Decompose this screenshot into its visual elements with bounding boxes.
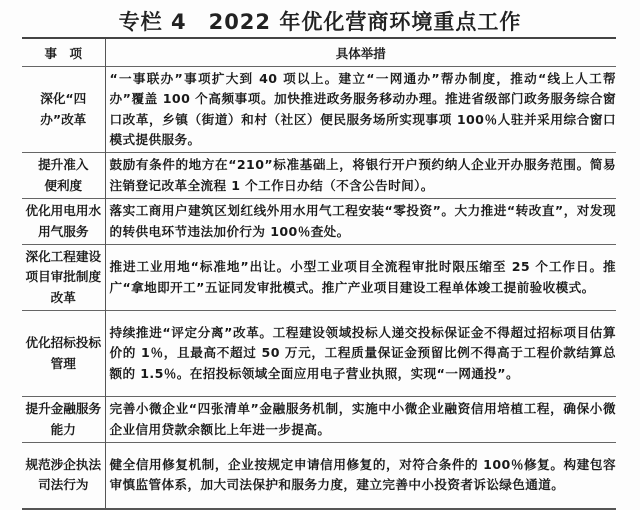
row-measures: 完善小微企业“四张清单”金融服务机制，实施中小微企业融资信用培植工程，确保小微企… <box>105 397 616 443</box>
table-row: 提升金融服务能力 完善小微企业“四张清单”金融服务机制，实施中小微企业融资信用培… <box>22 397 616 443</box>
row-measures: 鼓励有条件的地方在“210”标准基础上，将银行开户预约纳人企业开办服务范围。简易… <box>105 153 616 199</box>
table-header-row: 事 项 具体举措 <box>22 38 616 67</box>
table-row: 优化招标投标管理 持续推进“评定分离”改革。工程建设领域投标人递交投标保证金不得… <box>22 311 616 397</box>
table-row: 优化用电用水用气服务 落实工商用户建筑区划红线外用水用气工程安装“零投资”。大力… <box>22 199 616 245</box>
column-header-item: 事 项 <box>22 38 105 67</box>
row-measures: 持续推进“评定分离”改革。工程建设领域投标人递交投标保证金不得超过招标项目估算价… <box>105 311 616 397</box>
page-title: 专栏 4 2022 年优化营商环境重点工作 <box>0 6 640 36</box>
table-row: 深化工程建设项目审批制度改革 推进工业用地“标准地”出让。小型工业项目全流程审批… <box>22 245 616 311</box>
row-measures: 落实工商用户建筑区划红线外用水用气工程安装“零投资”。大力推进“转改直”，对发现… <box>105 199 616 245</box>
row-item: 提升金融服务能力 <box>22 397 105 443</box>
row-item: 深化工程建设项目审批制度改革 <box>22 245 105 311</box>
row-item: 提升准入便利度 <box>22 153 105 199</box>
row-item: 优化招标投标管理 <box>22 311 105 397</box>
row-item: 优化用电用水用气服务 <box>22 199 105 245</box>
table-row: 深化“四办”改革 “一事联办”事项扩大到 40 项以上。建立“一网通办”帮办制度… <box>22 67 616 153</box>
column-header-measures: 具体举措 <box>105 38 616 67</box>
table-row: 提升准入便利度 鼓励有条件的地方在“210”标准基础上，将银行开户预约纳人企业开… <box>22 153 616 199</box>
key-work-table: 事 项 具体举措 深化“四办”改革 “一事联办”事项扩大到 40 项以上。建立“… <box>22 37 616 444</box>
row-measures: 推进工业用地“标准地”出让。小型工业项目全流程审批时限压缩至 25 个工作日。推… <box>105 245 616 311</box>
row-measures: “一事联办”事项扩大到 40 项以上。建立“一网通办”帮办制度，推动“线上人工帮… <box>105 67 616 153</box>
row-item: 深化“四办”改革 <box>22 67 105 153</box>
